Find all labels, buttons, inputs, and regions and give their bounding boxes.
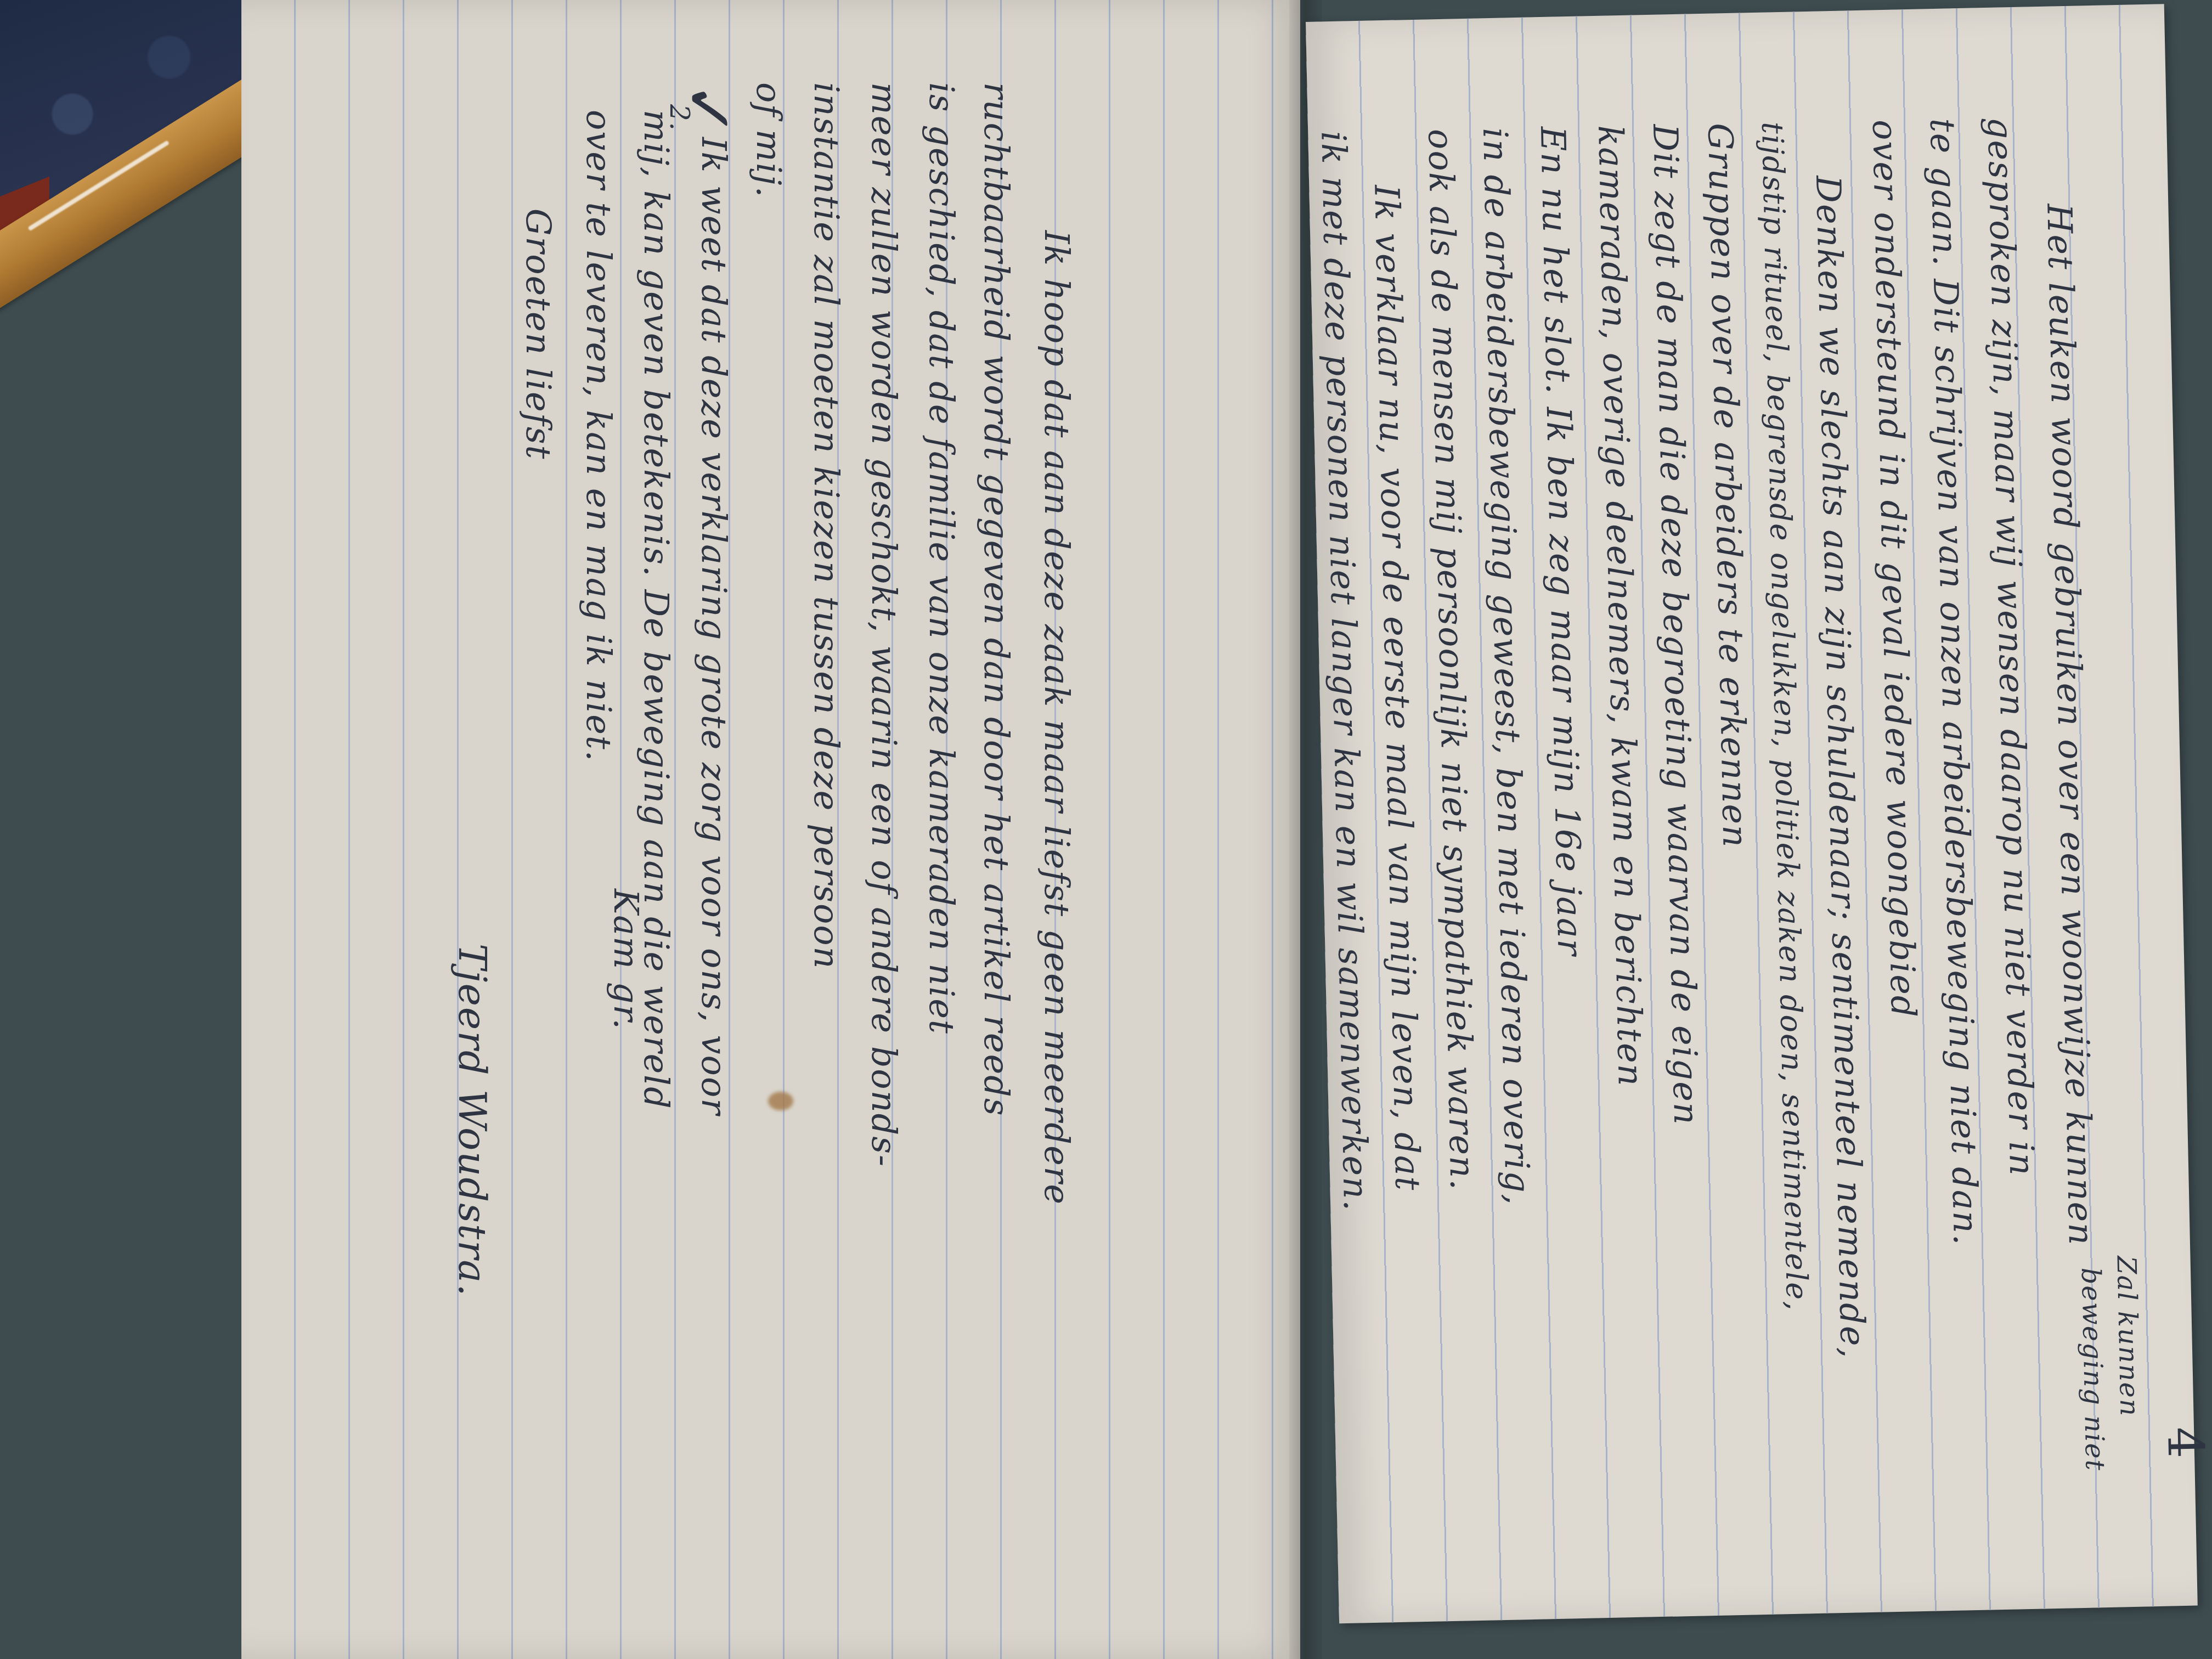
letter-line: Ik hoop dat aan deze zaak maar liefst ge…	[1037, 230, 1077, 1205]
letter-line: ruchtbaarheid wordt gegeven dan door het…	[977, 82, 1017, 1117]
letter-line: over te leveren, kan en mag ik niet.	[579, 110, 619, 762]
letter-line: ik met deze personen niet langer kan en …	[1313, 131, 1376, 1212]
margin-number: 2.	[664, 104, 695, 132]
letter-line: Groeten liefst	[518, 208, 558, 460]
ink-stain	[768, 1092, 793, 1110]
letter-line: Ik verklaar nu, voor de eerste maal van …	[1367, 184, 1427, 1192]
letter-line: meer zullen worden geschokt, waarin een …	[864, 82, 904, 1167]
margin-note: Zal kunnen	[2111, 1256, 2145, 1418]
letter-line: tijdstip ritueel, begrensde ongelukken, …	[1755, 122, 1814, 1312]
letter-line: of mij.	[749, 82, 789, 199]
letter-line: En nu het slot. Ik ben zeg maar mijn 16e…	[1533, 126, 1590, 957]
page-number: 4	[2156, 1426, 2212, 1459]
closing-text: Kam gr.	[606, 889, 646, 1030]
letter-line: Ik weet dat deze verklaring grote zorg v…	[694, 137, 734, 1116]
letter-line: ook als de mensen mij persoonlijk niet s…	[1420, 128, 1483, 1191]
letter-line: over ondersteund in dit geval iedere woo…	[1865, 119, 1923, 1019]
letter-line: in de arbeidersbeweging geweest, ben met…	[1475, 127, 1538, 1206]
letter-line: Gruppen over de arbeiders te erkennen	[1700, 122, 1756, 848]
letter-line: gesproken zijn, maar wij wensen daarop n…	[1980, 117, 2042, 1177]
left-page: Ik hoop dat aan deze zaak maar liefst ge…	[241, 0, 1300, 1659]
signature: Tjeerd Woudstra.	[450, 944, 495, 1297]
right-page: Het leuken woord gebruiken over een woon…	[1306, 4, 2198, 1623]
margin-note: beweging niet	[2075, 1267, 2111, 1472]
letter-line: instantie zal moeten kiezen tussen deze …	[806, 82, 847, 970]
letter-line: Dit zegt de man die deze begroeting waar…	[1645, 124, 1706, 1126]
letter-line: kameraden, overige deelnemers, kwam en b…	[1590, 125, 1651, 1087]
letter-line: Denken we slechts aan zijn schuldenaar; …	[1808, 175, 1873, 1359]
letter-line: is geschied, dat de familie van onze kam…	[922, 82, 962, 1035]
letter-line: Het leuken woord gebruiken over een woon…	[2039, 204, 2101, 1246]
letter-line: te gaan. Dit schrijven van onzen arbeide…	[1922, 118, 1986, 1246]
